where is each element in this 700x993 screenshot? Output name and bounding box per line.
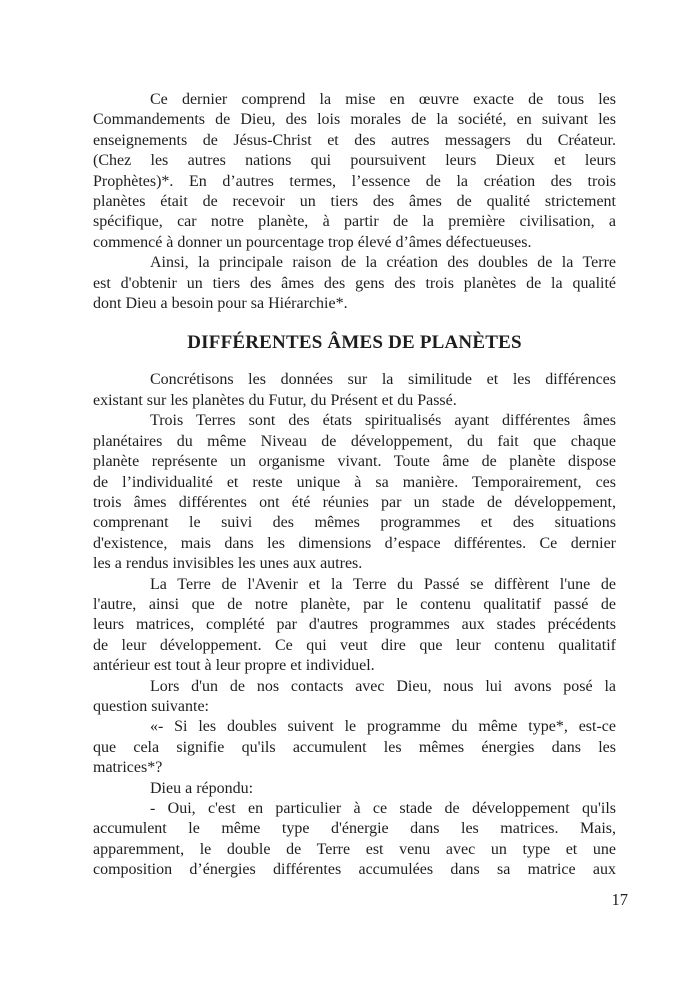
text-line: question suivante:	[93, 697, 616, 717]
paragraph: Lors d'un de nos contacts avec Dieu, nou…	[93, 677, 616, 718]
text-line: composition d’énergies différentes accum…	[93, 860, 616, 880]
paragraph: Dieu a répondu:	[93, 779, 616, 799]
text-line: comprenant le suivi des mêmes programmes…	[93, 513, 616, 533]
book-page: Ce dernier comprend la mise en œuvre exa…	[0, 0, 700, 993]
section-heading: DIFFÉRENTES ÂMES DE PLANÈTES	[93, 332, 616, 354]
text-line: de leur développement. Ce qui veut dire …	[93, 636, 616, 656]
paragraph: Concrétisons les données sur la similitu…	[93, 370, 616, 411]
page-number: 17	[612, 891, 629, 909]
text-line: matrices*?	[93, 758, 616, 778]
text-line: enseignements de Jésus-Christ et des aut…	[93, 131, 616, 151]
text-line: planétaires du même Niveau de développem…	[93, 432, 616, 452]
text-line: les a rendus invisibles les unes aux aut…	[93, 554, 616, 574]
text-line: spécifique, car notre planète, à partir …	[93, 212, 616, 232]
text-line: est d'obtenir un tiers des âmes des gens…	[93, 274, 616, 294]
text-line: leurs matrices, complété par d'autres pr…	[93, 615, 616, 635]
text-line: Prophètes)*. En d’autres termes, l’essen…	[93, 172, 616, 192]
text-line: d'existence, mais dans les dimensions d’…	[93, 534, 616, 554]
text-line: trois âmes différentes ont été réunies p…	[93, 493, 616, 513]
text-line: Commandements de Dieu, des lois morales …	[93, 110, 616, 130]
text-line: La Terre de l'Avenir et la Terre du Pass…	[93, 575, 616, 595]
paragraph: - Oui, c'est en particulier à ce stade d…	[93, 799, 616, 881]
text-line: dont Dieu a besoin pour sa Hiérarchie*.	[93, 294, 616, 314]
text-line: de l’individualité et reste unique à sa …	[93, 473, 616, 493]
text-line: planète représente un organisme vivant. …	[93, 452, 616, 472]
paragraph: Trois Terres sont des états spiritualisé…	[93, 411, 616, 574]
text-line: - Oui, c'est en particulier à ce stade d…	[93, 799, 616, 819]
text-line: Ainsi, la principale raison de la créati…	[93, 253, 616, 273]
text-line: Lors d'un de nos contacts avec Dieu, nou…	[93, 677, 616, 697]
text-line: commencé à donner un pourcentage trop él…	[93, 233, 616, 253]
text-block: Ce dernier comprend la mise en œuvre exa…	[93, 90, 616, 881]
text-line: que cela signifie qu'ils accumulent les …	[93, 738, 616, 758]
text-line: antérieur est tout à leur propre et indi…	[93, 656, 616, 676]
paragraph: Ainsi, la principale raison de la créati…	[93, 253, 616, 314]
paragraph: Ce dernier comprend la mise en œuvre exa…	[93, 90, 616, 253]
text-line: «- Si les doubles suivent le programme d…	[93, 717, 616, 737]
text-line: Trois Terres sont des états spiritualisé…	[93, 411, 616, 431]
text-line: Dieu a répondu:	[93, 779, 616, 799]
text-line: l'autre, ainsi que de notre planète, par…	[93, 595, 616, 615]
text-line: accumulent le même type d'énergie dans l…	[93, 819, 616, 839]
text-line: Concrétisons les données sur la similitu…	[93, 370, 616, 390]
paragraph: La Terre de l'Avenir et la Terre du Pass…	[93, 575, 616, 677]
text-line: planètes était de recevoir un tiers des …	[93, 192, 616, 212]
text-line: (Chez les autres nations qui poursuivent…	[93, 151, 616, 171]
text-line: existant sur les planètes du Futur, du P…	[93, 391, 616, 411]
text-line: Ce dernier comprend la mise en œuvre exa…	[93, 90, 616, 110]
text-line: apparemment, le double de Terre est venu…	[93, 840, 616, 860]
paragraph: «- Si les doubles suivent le programme d…	[93, 717, 616, 778]
